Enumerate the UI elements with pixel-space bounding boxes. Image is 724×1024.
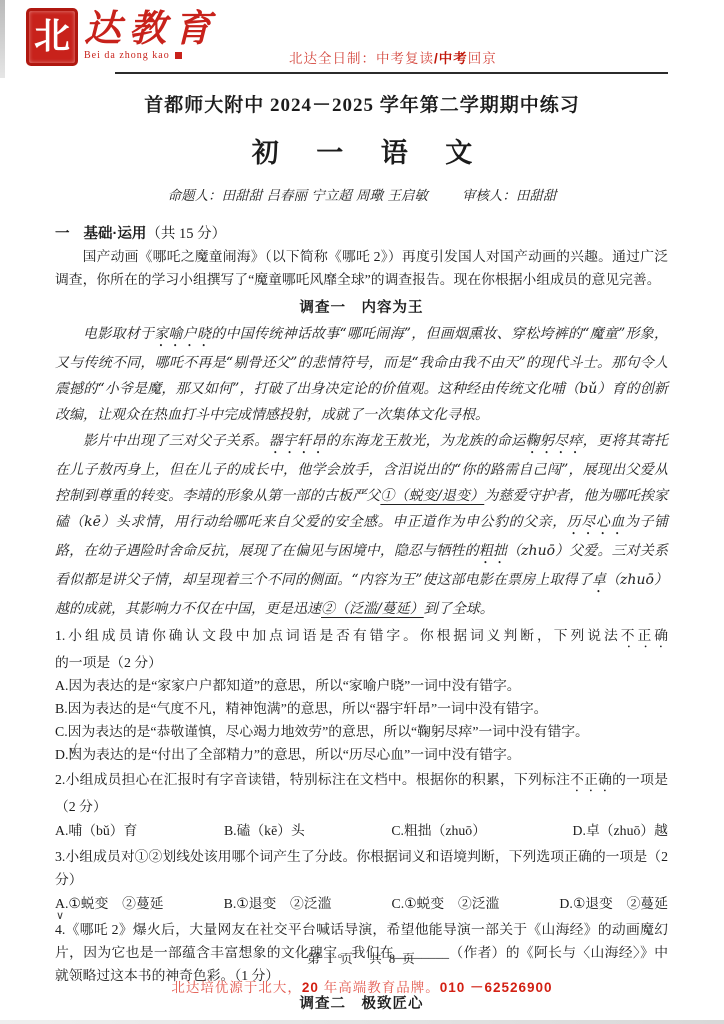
passage-paragraph-1: 电影取材于家喻户晓的中国传统神话故事“哪吒闹海”，但画烟熏妆、穿松垮裤的“魔童”… xyxy=(55,321,668,428)
paper-body: 一基础·运用（共 15 分） 国产动画《哪吒之魔童闹海》（以下简称《哪吒 2》）… xyxy=(0,204,724,1013)
page-footer: 第 1 页 共 8 页 北达培优源于北大，20 年高端教育品牌。010 －625… xyxy=(0,949,724,996)
seal-character: 北 xyxy=(34,15,70,57)
passage-paragraph-2: 影片中出现了三对父子关系。器宇轩昂的东海龙王敖光，为龙族的命运鞠躬尽瘁，更将其寄… xyxy=(55,428,668,622)
survey1-heading: 调查一 内容为王 xyxy=(55,296,668,317)
reviewer-name: 田甜甜 xyxy=(516,188,557,204)
section-name: 基础·运用 xyxy=(84,226,147,242)
section-score: （共 15 分） xyxy=(146,226,226,242)
brand-header: 北 达教育 Bei da zhong kao 北达全日制：中考复读/中考回京 xyxy=(0,0,724,80)
question-2-option-b: B.磕（kē）头 xyxy=(224,819,305,843)
question-2-option-c: C.粗拙（zhuō） xyxy=(391,819,486,843)
question-1-option-c: C.因为表达的是“恭敬谨慎，尽心竭力地效劳”的意思，所以“鞠躬尽瘁”一词中没有错… xyxy=(55,720,668,743)
header-divider xyxy=(115,72,668,75)
brand-subtitle-text: Bei da zhong kao xyxy=(84,50,170,61)
beida-seal-icon: 北 xyxy=(26,8,78,66)
exam-subject: 初 一 语 文 xyxy=(0,131,724,170)
question-2-options: A.哺（bǔ）育 B.磕（kē）头 C.粗拙（zhuō） D.卓（zhuō）越 xyxy=(55,819,668,843)
question-3-option-d: D.①退变 ②蔓延 xyxy=(559,892,668,916)
brand-subtitle: Bei da zhong kao xyxy=(84,50,219,61)
question-1-option-b: B.因为表达的是“气度不凡，精神饱满”的意思，所以“器宇轩昂”一词中没有错字。 xyxy=(55,697,668,720)
question-3-option-a: A.①蜕变 ②蔓延 xyxy=(55,892,164,916)
question-1-stem: 1.小组成员请你确认文段中加点词语是否有错字。你根据词义判断，下列说法不正确的一… xyxy=(55,624,668,674)
setters-names: 田甜甜 吕春丽 宁立超 周璥 王启敏 xyxy=(222,188,428,204)
question-3-stem: 3.小组成员对①②划线处该用哪个词产生了分歧。你根据词义和语境判断，下列选项正确… xyxy=(55,845,668,891)
header-tagline: 北达全日制：中考复读/中考回京 xyxy=(289,47,497,67)
exam-title: 首都师大附中 2024－2025 学年第二学期期中练习 xyxy=(0,90,724,117)
logo-text-block: 达教育 Bei da zhong kao xyxy=(84,8,219,61)
scan-edge xyxy=(0,1020,724,1024)
setters-label: 命题人： xyxy=(168,188,222,204)
square-bullet-icon xyxy=(175,52,182,59)
question-3-option-c: C.①蜕变 ②泛滥 xyxy=(392,892,500,916)
footer-promo: 北达培优源于北大，20 年高端教育品牌。010 －62526900 xyxy=(0,976,724,996)
question-2-option-a: A.哺（bǔ）育 xyxy=(55,819,137,843)
section-intro: 国产动画《哪吒之魔童闹海》（以下简称《哪吒 2》）再度引发国人对国产动画的兴趣。… xyxy=(55,245,668,291)
section-heading: 一基础·运用（共 15 分） xyxy=(55,222,668,243)
section-number: 一 xyxy=(55,226,70,242)
page-number: 第 1 页 共 8 页 xyxy=(0,949,724,967)
question-3-options: A.①蜕变 ②蔓延 B.①退变 ②泛滥 C.①蜕变 ②泛滥 D.①退变 ②蔓延 xyxy=(55,892,668,916)
reviewer-label: 审核人： xyxy=(462,188,516,204)
exam-setters-line: 命题人：田甜甜 吕春丽 宁立超 周璥 王启敏审核人：田甜甜 xyxy=(0,184,724,204)
question-2-option-d: D.卓（zhuō）越 xyxy=(573,819,668,843)
question-2-stem: 2.小组成员担心在汇报时有字音读错，特别标注在文档中。根据你的积累，下列标注不正… xyxy=(55,768,668,818)
brand-name: 达教育 xyxy=(84,8,219,48)
question-1-option-d: D.因为表达的是“付出了全部精力”的意思，所以“历尽心血”一词中没有错字。 xyxy=(55,743,668,766)
question-1-option-a: A.因为表达的是“家家户户都知道”的意思，所以“家喻户晓”一词中没有错字。 xyxy=(55,674,668,697)
exam-paper-page: 北 达教育 Bei da zhong kao 北达全日制：中考复读/中考回京 首… xyxy=(0,0,724,1024)
beida-logo: 北 达教育 Bei da zhong kao xyxy=(26,8,219,66)
question-3-option-b: B.①退变 ②泛滥 xyxy=(224,892,332,916)
